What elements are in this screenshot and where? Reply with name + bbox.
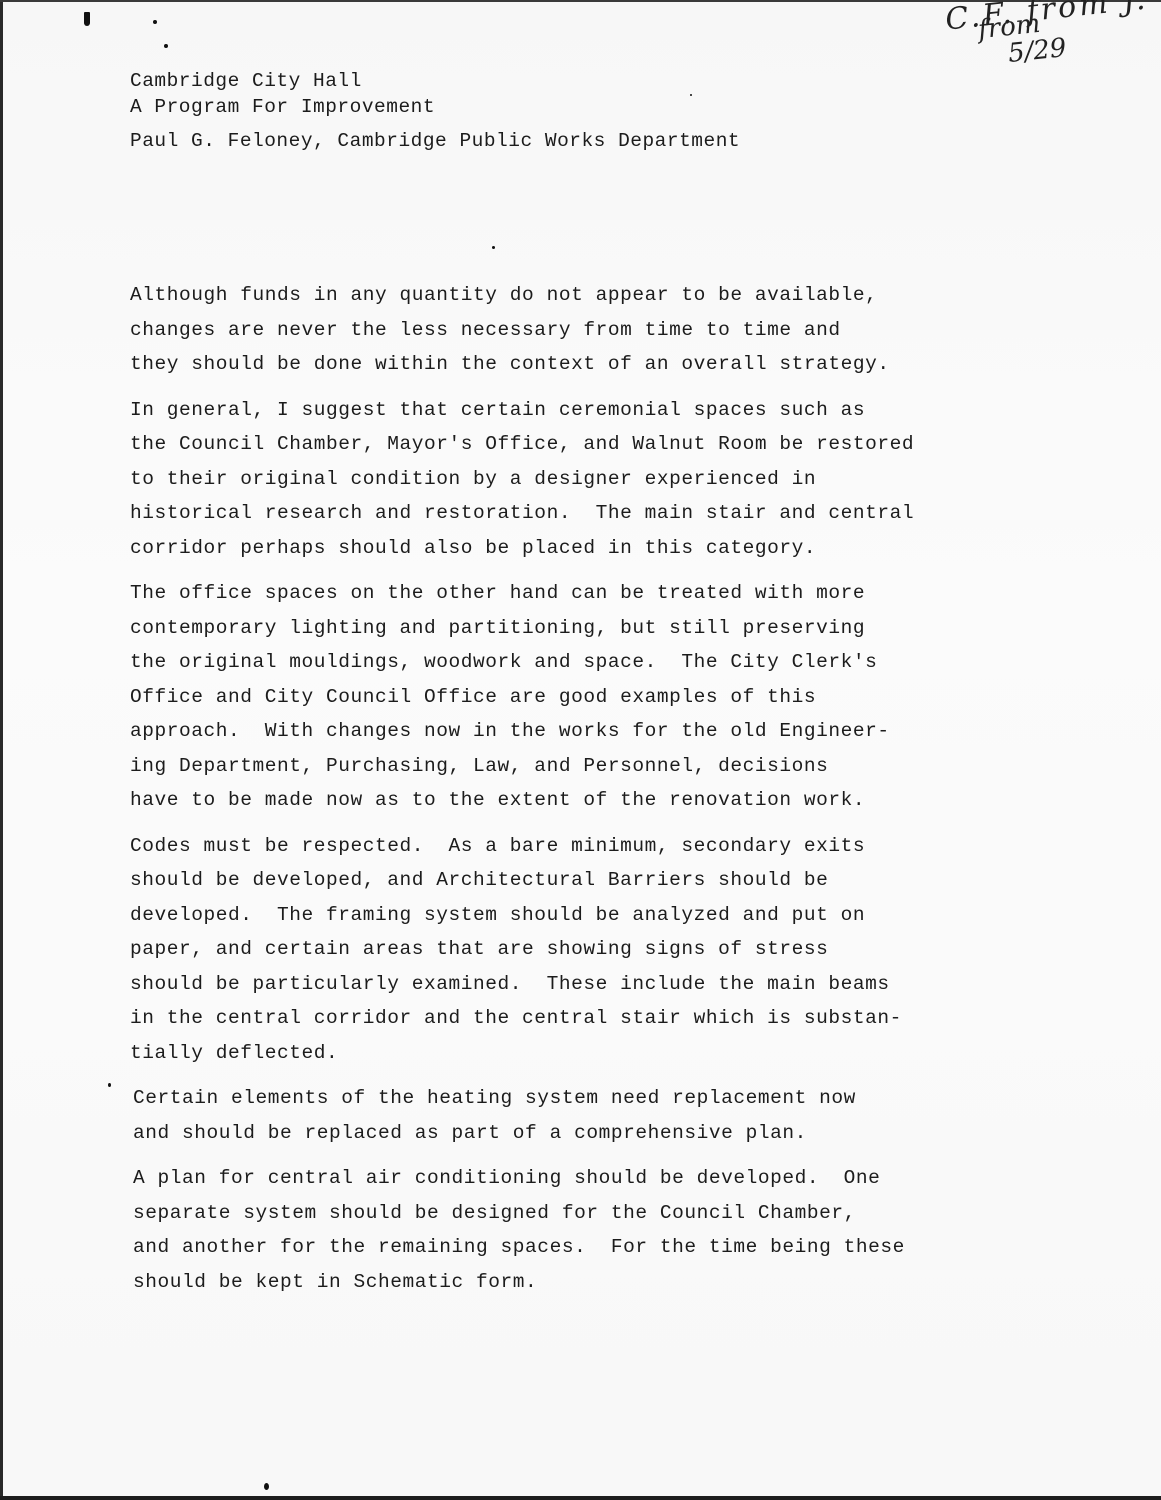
text-line: contemporary lighting and partitioning, … [130, 611, 1030, 646]
text-line: A plan for central air conditioning shou… [133, 1161, 1030, 1196]
paragraph-funding: Although funds in any quantity do not ap… [130, 278, 1030, 382]
ink-speck [264, 1483, 269, 1490]
scanned-page: C.F. from J. from 5/29 Cambridge City Ha… [0, 0, 1161, 1500]
handwritten-annotation-date: 5/29 [1007, 33, 1068, 69]
text-line: approach. With changes now in the works … [130, 714, 1030, 749]
paragraph-ceremonial-spaces: In general, I suggest that certain cerem… [130, 393, 1030, 566]
document-title: Cambridge City Hall [130, 68, 740, 94]
text-line: The office spaces on the other hand can … [130, 576, 1030, 611]
text-line: Certain elements of the heating system n… [133, 1081, 1030, 1116]
text-line: Codes must be respected. As a bare minim… [130, 829, 1030, 864]
text-line: have to be made now as to the extent of … [130, 783, 1030, 818]
text-line: should be developed, and Architectural B… [130, 863, 1030, 898]
text-line: separate system should be designed for t… [133, 1196, 1030, 1231]
text-line: In general, I suggest that certain cerem… [130, 393, 1030, 428]
text-line: they should be done within the context o… [130, 347, 1030, 382]
document-header: Cambridge City Hall A Program For Improv… [130, 68, 740, 154]
text-line: should be kept in Schematic form. [133, 1265, 1030, 1300]
text-line: tially deflected. [130, 1036, 1030, 1071]
text-line: Although funds in any quantity do not ap… [130, 278, 1030, 313]
paragraph-heating: Certain elements of the heating system n… [130, 1081, 1030, 1150]
text-line: paper, and certain areas that are showin… [130, 932, 1030, 967]
paragraph-office-spaces: The office spaces on the other hand can … [130, 576, 1030, 818]
text-line: developed. The framing system should be … [130, 898, 1030, 933]
scan-edge-bottom [0, 1496, 1161, 1500]
text-line: in the central corridor and the central … [130, 1001, 1030, 1036]
ink-speck [164, 44, 168, 48]
text-line: Office and City Council Office are good … [130, 680, 1030, 715]
text-line: and another for the remaining spaces. Fo… [133, 1230, 1030, 1265]
scan-edge-left [0, 0, 3, 1500]
document-body: Although funds in any quantity do not ap… [130, 278, 1030, 1310]
text-line: ing Department, Purchasing, Law, and Per… [130, 749, 1030, 784]
ink-speck [153, 20, 157, 24]
text-line: historical research and restoration. The… [130, 496, 1030, 531]
handwritten-annotation-top: C.F. from J. [944, 0, 1150, 38]
ink-speck [108, 1083, 111, 1087]
text-line: should be particularly examined. These i… [130, 967, 1030, 1002]
text-line: the original mouldings, woodwork and spa… [130, 645, 1030, 680]
document-subtitle: A Program For Improvement [130, 94, 740, 120]
text-line: changes are never the less necessary fro… [130, 313, 1030, 348]
text-line: and should be replaced as part of a comp… [133, 1116, 1030, 1151]
paragraph-codes: Codes must be respected. As a bare minim… [130, 829, 1030, 1071]
document-author: Paul G. Feloney, Cambridge Public Works … [130, 128, 740, 154]
ink-speck [492, 246, 495, 249]
text-line: corridor perhaps should also be placed i… [130, 531, 1030, 566]
text-line: the Council Chamber, Mayor's Office, and… [130, 427, 1030, 462]
paragraph-air-conditioning: A plan for central air conditioning shou… [130, 1161, 1030, 1299]
text-line: to their original condition by a designe… [130, 462, 1030, 497]
ink-speck [84, 12, 90, 26]
